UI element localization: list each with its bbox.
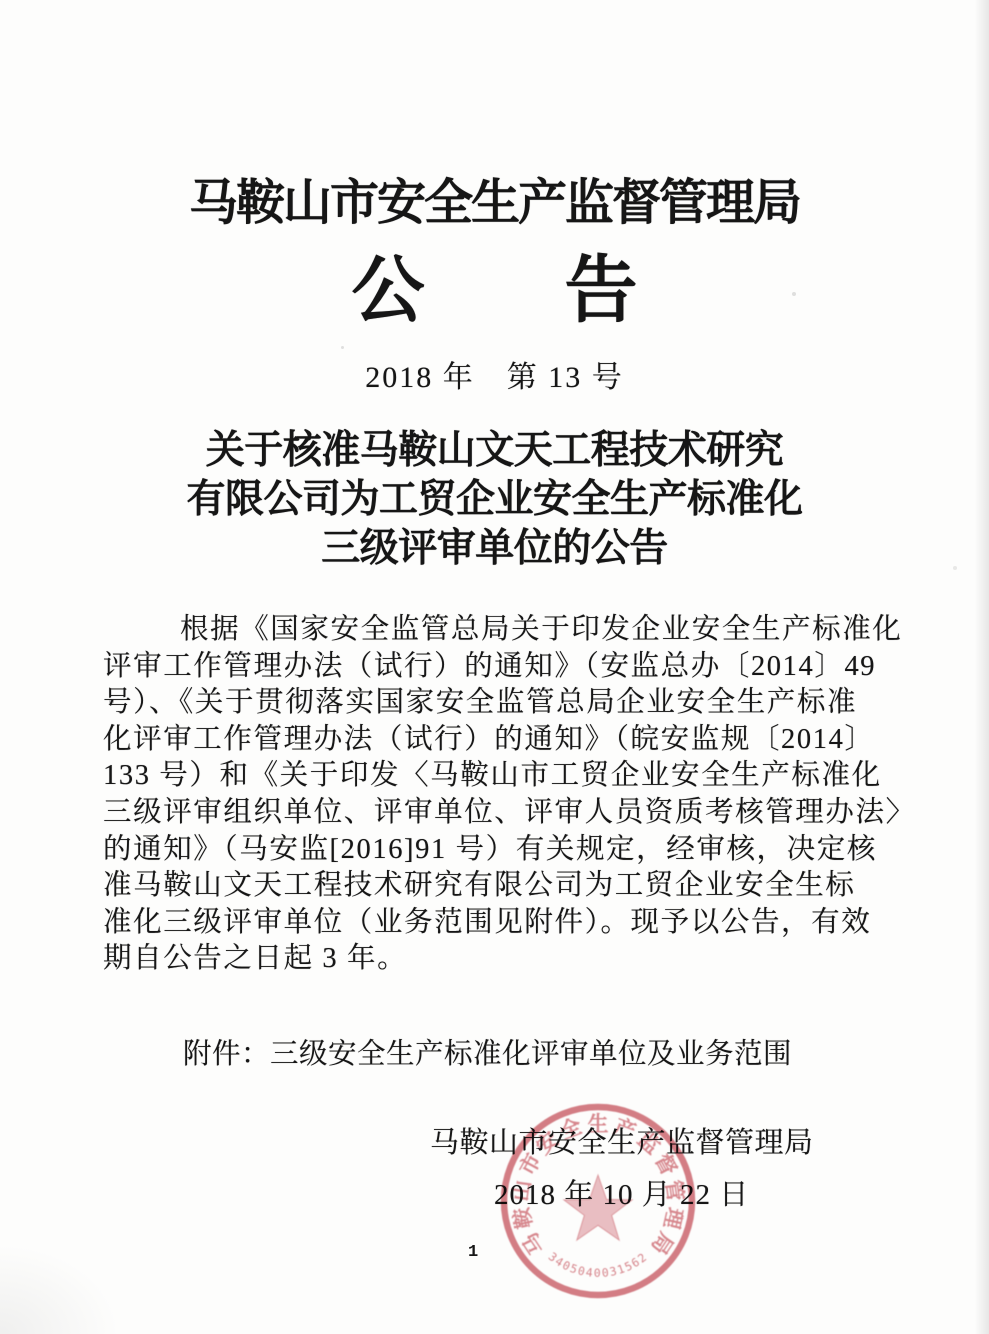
body-line: 期自公告之日起 3 年。 xyxy=(103,941,903,978)
subject-title-line: 关于核准马鞍山文天工程技术研究 xyxy=(0,426,989,475)
subject-title-line: 三级评审单位的公告 xyxy=(0,524,989,573)
signature-date: 2018 年 10 月 22 日 xyxy=(494,1172,749,1213)
notice-char-gao: 告 xyxy=(565,248,638,334)
attachment-line: 附件：三级安全生产标准化评审单位及业务范围 xyxy=(183,1031,792,1072)
page-number: 1 xyxy=(468,1243,478,1262)
seal-code-text: 3405040031562 xyxy=(546,1249,651,1280)
notice-char-gong: 公 xyxy=(352,248,425,334)
scan-corner-shadow xyxy=(0,1244,120,1334)
scanned-announcement-page: 马鞍山市安全生产监督管理局 公 告 2018 年 第 13 号 关于核准马鞍山文… xyxy=(0,0,989,1334)
body-line: 评审工作管理办法（试行）的通知》（安监总办〔2014〕49 xyxy=(103,649,903,686)
scan-speck xyxy=(341,346,344,349)
subject-title-line: 有限公司为工贸企业安全生产标准化 xyxy=(0,475,989,524)
body-line: 化评审工作管理办法（试行）的通知》（皖安监规〔2014〕 xyxy=(103,722,903,759)
notice-type-heading: 公 告 xyxy=(0,248,989,334)
document-subject-title: 关于核准马鞍山文天工程技术研究 有限公司为工贸企业安全生产标准化 三级评审单位的… xyxy=(0,426,989,573)
body-line: 准马鞍山文天工程技术研究有限公司为工贸企业安全生标 xyxy=(103,868,903,905)
issuing-authority-title: 马鞍山市安全生产监督管理局 xyxy=(0,164,989,234)
body-line: 准化三级评审单位（业务范围见附件）。现予以公告，有效 xyxy=(103,905,903,942)
signature-org: 马鞍山市安全生产监督管理局 xyxy=(430,1120,814,1161)
body-line: 133 号）和《关于印发〈马鞍山市工贸企业安全生产标准化 xyxy=(103,758,903,795)
body-line: 的通知》（马安监[2016]91 号）有关规定，经审核，决定核 xyxy=(103,832,903,869)
body-line: 根据《国家安全监管总局关于印发企业安全生产标准化 xyxy=(103,612,903,649)
body-line: 三级评审组织单位、评审单位、评审人员资质考核管理办法〉 xyxy=(103,795,903,832)
issue-number-line: 2018 年 第 13 号 xyxy=(0,352,989,396)
body-paragraph: 根据《国家安全监管总局关于印发企业安全生产标准化 评审工作管理办法（试行）的通知… xyxy=(103,612,903,978)
body-line: 号）、《关于贯彻落实国家安全监管总局企业安全生产标准 xyxy=(103,685,903,722)
